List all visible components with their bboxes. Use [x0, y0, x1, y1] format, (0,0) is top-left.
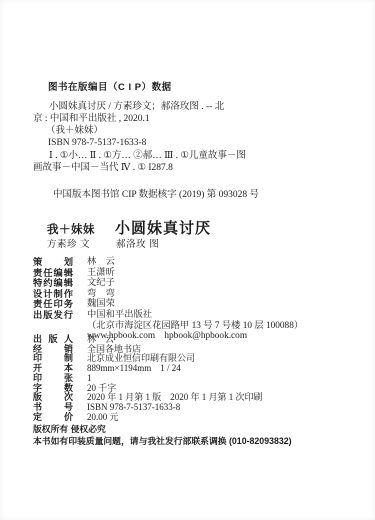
info-row: 印制 北京成业恒信印刷有限公司 — [33, 354, 363, 364]
illustrator-credit: 郝洛玫 图 — [116, 236, 159, 250]
info-row: 特约编辑 文纪子 — [33, 278, 363, 289]
info-label: 设计制作 — [33, 289, 73, 300]
info-row: 出版发行 中国和平出版社 — [33, 310, 363, 321]
info-label: 责任编辑 — [33, 268, 73, 279]
copyright-notice: 版权所有 侵权必究 本书如有印装质量问题，请与我社发行部联系调换 (010-82… — [33, 423, 363, 447]
cip-record-number: 中国版本图书馆 CIP 数据核字 (2019) 第 093028 号 — [53, 186, 259, 200]
publisher-address-row: （北京市海淀区花园路甲 13 号 7 号楼 10 层 100088） — [33, 321, 363, 332]
book-title: 小圆妹真讨厌 — [115, 217, 211, 238]
cip-classification-block: Ⅰ . ①小… Ⅱ . ①方… ②郝… Ⅲ . ①儿童故事－图 画故事－中国－当… — [33, 150, 355, 174]
info-value: 王潇昕 — [87, 268, 115, 279]
info-row: 责任印务 魏国荣 — [33, 299, 363, 310]
info-value: 889mm×1194mm 1 / 24 — [87, 364, 181, 374]
isbn-row: 书号 ISBN 978-7-5137-1633-8 — [33, 403, 363, 413]
info-value: 林 云 — [87, 257, 115, 268]
info-label: 出版发行 — [33, 310, 73, 321]
info-label — [33, 321, 73, 332]
info-row: 设计制作 弯 弯 — [33, 289, 363, 300]
classification-line: Ⅰ . ①小… Ⅱ . ①方… ②郝… Ⅲ . ①儿童故事－图 — [33, 150, 355, 162]
copyright-statement: 版权所有 侵权必究 — [33, 423, 363, 435]
staff-list: 策划 林 云 责任编辑 王潇昕 特约编辑 文纪子 设计制作 弯 弯 责任印务 魏… — [33, 257, 363, 342]
info-row: 策划 林 云 — [33, 257, 363, 268]
info-row: 印张 1 — [33, 374, 363, 384]
info-row: 经销 全国各地书店 — [33, 345, 363, 355]
info-row: 版次 2020 年 1 月第 1 版 2020 年 1 月第 1 次印刷 — [33, 393, 363, 403]
title-block: 我＋妹妹 小圆妹真讨厌 — [47, 217, 211, 238]
info-value: 文纪子 — [87, 278, 115, 289]
cip-isbn-line: ISBN 978-7-5137-1633-8 — [33, 137, 355, 149]
info-value: 魏国荣 — [87, 299, 115, 310]
publisher-address: （北京市海淀区花园路甲 13 号 7 号楼 10 层 100088） — [87, 321, 303, 332]
info-label: 策划 — [33, 257, 73, 268]
info-label: 责任印务 — [33, 299, 73, 310]
info-row: 出版人 林 云 — [33, 335, 363, 345]
quality-notice: 本书如有印装质量问题，请与我社发行部联系调换 (010-82093832) — [33, 435, 363, 447]
classification-line: 画故事－中国－当代 Ⅳ . ① I287.8 — [33, 162, 355, 174]
author-credit: 方素珍 文 — [47, 236, 90, 250]
cip-line: 小圆妹真讨厌 / 方素珍文；郝洛玫图 . -- 北 — [33, 101, 355, 113]
cip-series-line: （我＋妹妹） — [33, 125, 355, 137]
info-value: 弯 弯 — [87, 289, 115, 300]
price-row: 定价 20.00 元 — [33, 413, 363, 423]
series-title: 我＋妹妹 — [47, 221, 95, 237]
price-value: 20.00 元 — [87, 413, 119, 423]
publishing-list: 出版人 林 云 经销 全国各地书店 印制 北京成业恒信印刷有限公司 开本 889… — [33, 335, 363, 422]
info-label: 定价 — [33, 413, 73, 423]
info-row: 责任编辑 王潇昕 — [33, 268, 363, 279]
info-value: 中国和平出版社 — [87, 310, 152, 321]
info-label: 特约编辑 — [33, 278, 73, 289]
author-line: 方素珍 文 郝洛玫 图 — [47, 236, 159, 250]
cip-header: 图书在版编目（C I P）数据 — [48, 79, 172, 93]
cip-line: 京 : 中国和平出版社 , 2020.1 — [33, 113, 355, 125]
cip-description-block: 小圆妹真讨厌 / 方素珍文；郝洛玫图 . -- 北 京 : 中国和平出版社 , … — [33, 101, 355, 149]
info-row: 开本 889mm×1194mm 1 / 24 — [33, 364, 363, 374]
colophon-page: 图书在版编目（C I P）数据 小圆妹真讨厌 / 方素珍文；郝洛玫图 . -- … — [0, 0, 375, 520]
